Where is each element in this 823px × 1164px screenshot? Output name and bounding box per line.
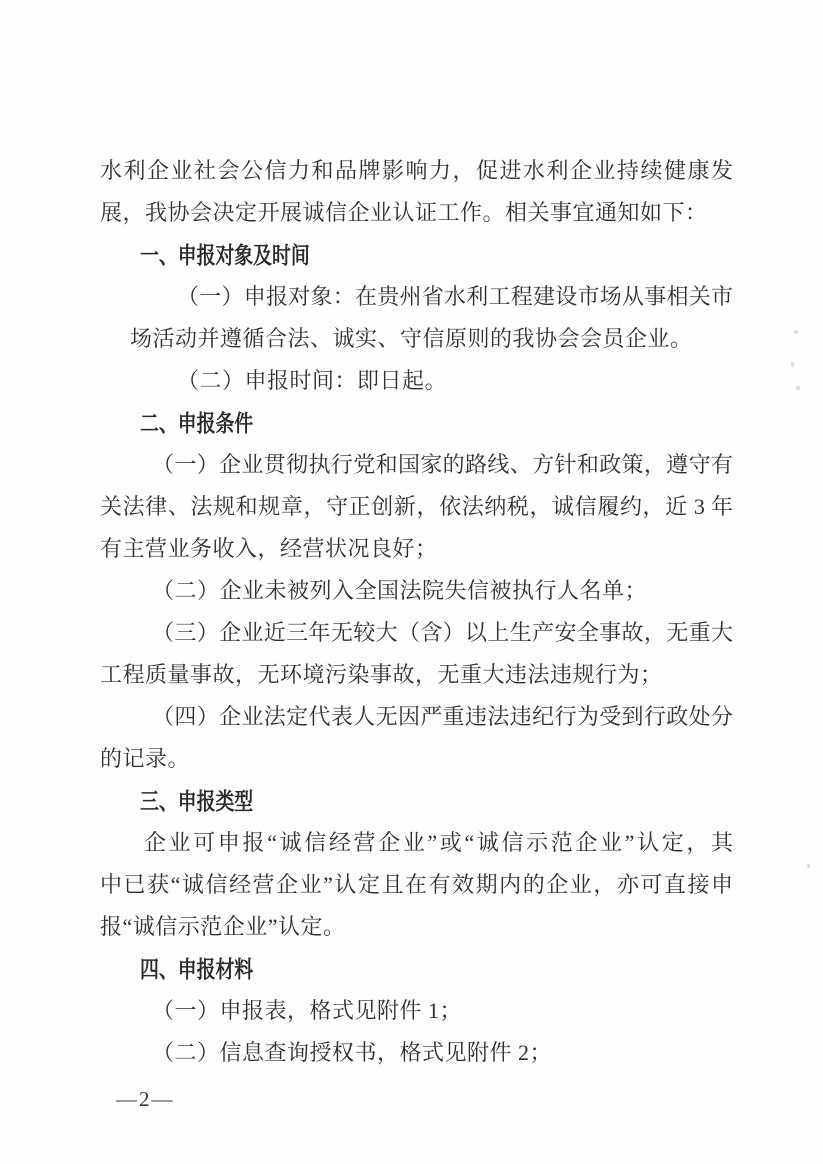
text-line: 工程质量事故，无环境污染事故，无重大违法违规行为； <box>100 654 733 696</box>
text-line: （一）申报对象：在贵州省水利工程建设市场从事相关市 <box>177 276 733 318</box>
text-line: 报“诚信示范企业”认定。 <box>100 906 733 948</box>
text-line: 场活动并遵循合法、诚实、守信原则的我协会会员企业。 <box>130 318 733 360</box>
section-heading: 一、申报对象及时间 <box>140 234 626 276</box>
text-line: 企业可申报“诚信经营企业”或“诚信示范企业”认定，其 <box>144 822 733 864</box>
scan-speck <box>796 386 800 390</box>
text-line: 水利企业社会公信力和品牌影响力，促进水利企业持续健康发 <box>100 150 733 192</box>
text-line: 关法律、法规和规章，守正创新，依法纳税，诚信履约，近 3 年 <box>100 486 733 528</box>
scan-speck <box>807 864 810 868</box>
section-heading: 二、申报条件 <box>140 402 626 444</box>
scan-speck <box>794 330 798 334</box>
text-line: （三）企业近三年无较大（含）以上生产安全事故，无重大 <box>152 612 733 654</box>
text-line: 的记录。 <box>100 738 733 780</box>
text-line: （四）企业法定代表人无因严重违法违纪行为受到行政处分 <box>152 696 733 738</box>
text-line: 展，我协会决定开展诚信企业认证工作。相关事宜通知如下： <box>100 192 733 234</box>
document-body: 水利企业社会公信力和品牌影响力，促进水利企业持续健康发展，我协会决定开展诚信企业… <box>100 150 733 1074</box>
text-line: （二）申报时间：即日起。 <box>177 360 733 402</box>
section-heading: 三、申报类型 <box>140 780 626 822</box>
scanned-document-page: 水利企业社会公信力和品牌影响力，促进水利企业持续健康发展，我协会决定开展诚信企业… <box>0 0 823 1164</box>
section-heading: 四、申报材料 <box>140 948 626 990</box>
text-line: （二）信息查询授权书，格式见附件 2； <box>152 1032 733 1074</box>
text-line: （一）企业贯彻执行党和国家的路线、方针和政策，遵守有 <box>152 444 733 486</box>
page-number: —2— <box>116 1078 175 1120</box>
scan-speck <box>791 362 794 367</box>
text-line: （一）申报表，格式见附件 1； <box>152 990 733 1032</box>
text-line: 有主营业务收入，经营状况良好； <box>100 528 733 570</box>
text-line: （二）企业未被列入全国法院失信被执行人名单； <box>152 570 733 612</box>
text-line: 中已获“诚信经营企业”认定且在有效期内的企业，亦可直接申 <box>100 864 733 906</box>
